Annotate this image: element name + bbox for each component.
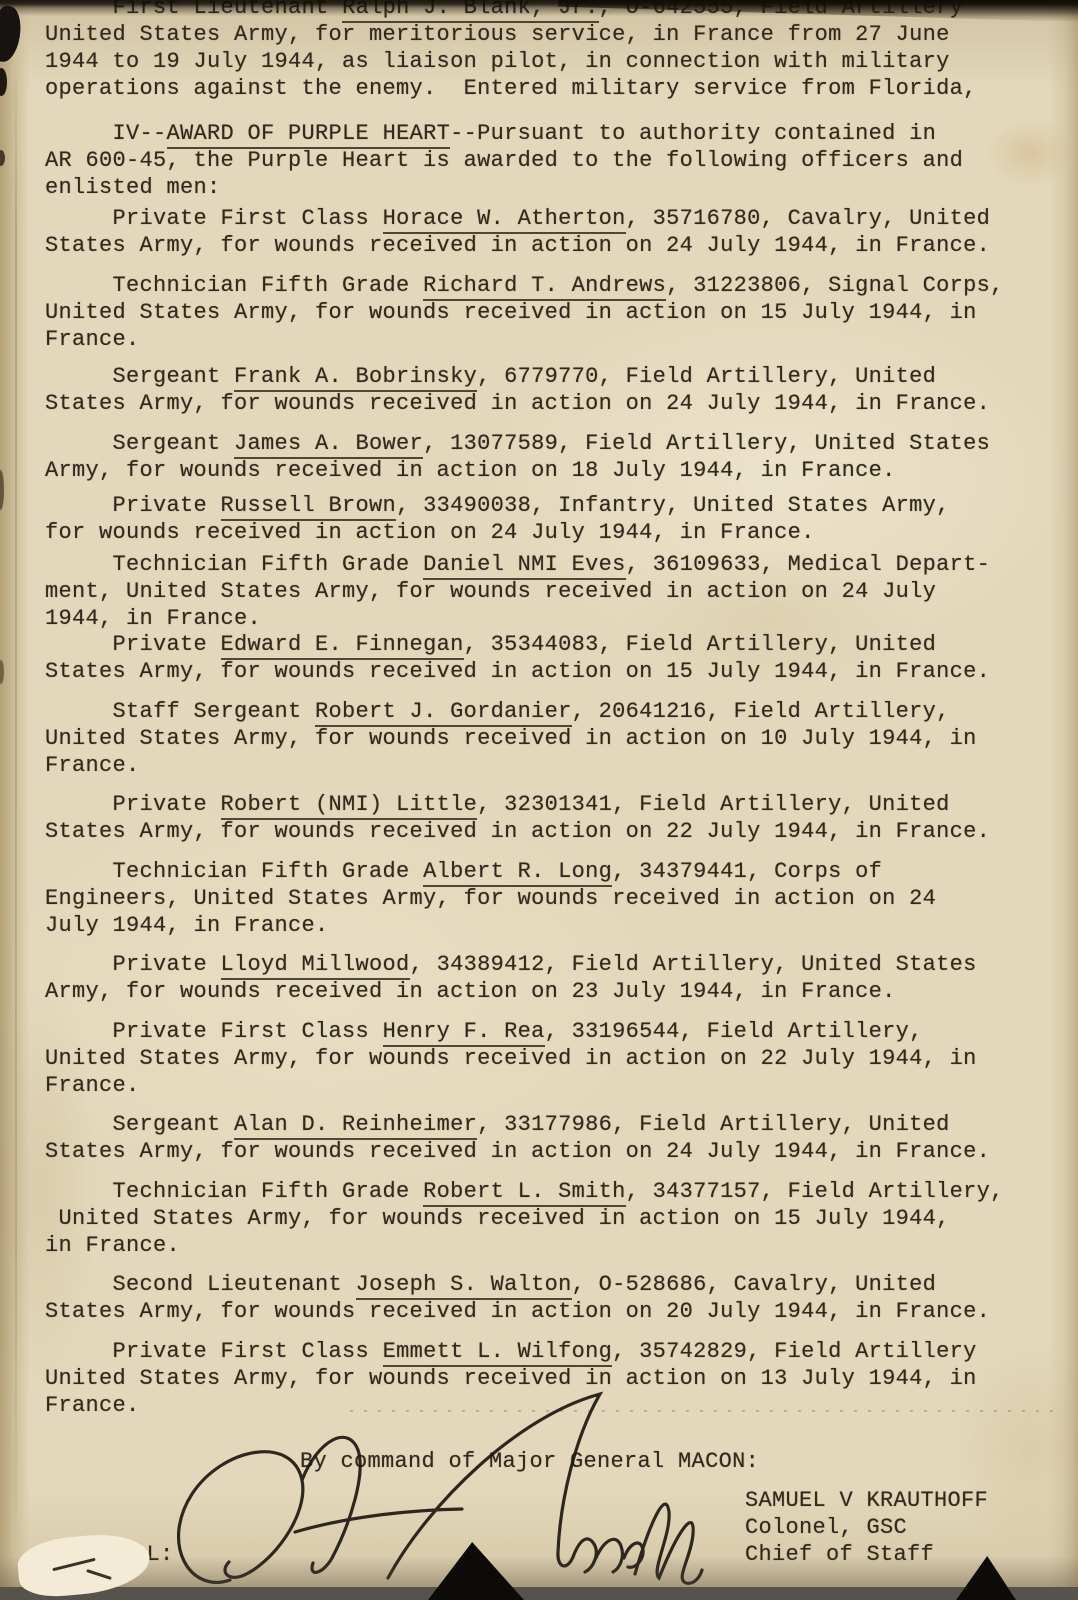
- typed-line: 1944, in France.: [45, 605, 990, 632]
- typed-line: France.: [45, 326, 1004, 353]
- paragraph: Private Edward E. Finnegan, 35344083, Fi…: [45, 631, 990, 685]
- scanned-document: { "colors":{"paper":"#e3d8bb","ink":"#32…: [0, 0, 1078, 1600]
- signer-name: SAMUEL V KRAUTHOFF: [745, 1487, 988, 1514]
- typed-line: Technician Fifth Grade Albert R. Long, 3…: [45, 858, 936, 885]
- paragraph: IV--AWARD OF PURPLE HEART--Pursuant to a…: [45, 120, 963, 201]
- typed-line: United States Army, for wounds received …: [45, 1205, 1004, 1232]
- underlined-name: Daniel NMI Eves: [423, 552, 626, 580]
- typed-line: Technician Fifth Grade Richard T. Andrew…: [45, 272, 1004, 299]
- paragraph: Private Robert (NMI) Little, 32301341, F…: [45, 791, 990, 845]
- typed-line: Private Robert (NMI) Little, 32301341, F…: [45, 791, 990, 818]
- underlined-name: Horace W. Atherton: [383, 206, 626, 234]
- typed-line: July 1944, in France.: [45, 912, 936, 939]
- paragraph: Sergeant James A. Bower, 13077589, Field…: [45, 430, 990, 484]
- underlined-name: Lloyd Millwood: [221, 952, 410, 980]
- typed-line: 1944 to 19 July 1944, as liaison pilot, …: [45, 48, 977, 75]
- underlined-name: Joseph S. Walton: [356, 1272, 572, 1300]
- signer-rank: Colonel, GSC: [745, 1514, 907, 1541]
- typed-line: Private First Class Horace W. Atherton, …: [45, 205, 990, 232]
- typed-line: States Army, for wounds received in acti…: [45, 390, 990, 417]
- scan-artifact-bottom-edge: [0, 1587, 1078, 1600]
- underlined-name: AWARD OF PURPLE HEART: [167, 121, 451, 149]
- underlined-name: Henry F. Rea: [383, 1019, 545, 1047]
- paragraph: Technician Fifth Grade Richard T. Andrew…: [45, 272, 1004, 353]
- typed-line: Sergeant Alan D. Reinheimer, 33177986, F…: [45, 1111, 990, 1138]
- paragraph: Staff Sergeant Robert J. Gordanier, 2064…: [45, 698, 977, 779]
- typed-line: enlisted men:: [45, 174, 963, 201]
- typed-line: United States Army, for wounds received …: [45, 299, 1004, 326]
- typed-line: States Army, for wounds received in acti…: [45, 1298, 990, 1325]
- typed-line: United States Army, for wounds received …: [45, 1045, 977, 1072]
- typed-line: Second Lieutenant Joseph S. Walton, O-52…: [45, 1271, 990, 1298]
- typed-line: Army, for wounds received in action on 1…: [45, 457, 990, 484]
- typed-line: operations against the enemy. Entered mi…: [45, 75, 977, 102]
- typed-line: Technician Fifth Grade Robert L. Smith, …: [45, 1178, 1004, 1205]
- typed-line: Private Russell Brown, 33490038, Infantr…: [45, 492, 950, 519]
- typed-line: States Army, for wounds received in acti…: [45, 818, 990, 845]
- typed-line: IV--AWARD OF PURPLE HEART--Pursuant to a…: [45, 120, 963, 147]
- typed-line: States Army, for wounds received in acti…: [45, 232, 990, 259]
- typed-line: Sergeant James A. Bower, 13077589, Field…: [45, 430, 990, 457]
- underlined-name: Albert R. Long: [423, 859, 612, 887]
- underlined-name: Robert J. Gordanier: [315, 699, 572, 727]
- paragraph: Private First Class Henry F. Rea, 331965…: [45, 1018, 977, 1099]
- typed-line: AR 600-45, the Purple Heart is awarded t…: [45, 147, 963, 174]
- typed-line: France.: [45, 752, 977, 779]
- typed-line: Technician Fifth Grade Daniel NMI Eves, …: [45, 551, 990, 578]
- underlined-name: James A. Bower: [234, 431, 423, 459]
- typed-line: United States Army, for meritorious serv…: [45, 21, 977, 48]
- typed-line: Private Lloyd Millwood, 34389412, Field …: [45, 951, 977, 978]
- typed-line: United States Army, for wounds received …: [45, 725, 977, 752]
- paragraph: Private Russell Brown, 33490038, Infantr…: [45, 492, 950, 546]
- scan-artifact-crease: [15, 60, 17, 1560]
- typed-line: Engineers, United States Army, for wound…: [45, 885, 936, 912]
- typed-line: Staff Sergeant Robert J. Gordanier, 2064…: [45, 698, 977, 725]
- underlined-name: Alan D. Reinheimer: [234, 1112, 477, 1140]
- paragraph: Technician Fifth Grade Daniel NMI Eves, …: [45, 551, 990, 632]
- typed-line: States Army, for wounds received in acti…: [45, 658, 990, 685]
- paragraph: Private Lloyd Millwood, 34389412, Field …: [45, 951, 977, 1005]
- typed-line: Sergeant Frank A. Bobrinsky, 6779770, Fi…: [45, 363, 990, 390]
- underlined-name: Robert L. Smith: [423, 1179, 626, 1207]
- underlined-name: Robert (NMI) Little: [221, 792, 478, 820]
- typed-line: ment, United States Army, for wounds rec…: [45, 578, 990, 605]
- paragraph: Private First Class Horace W. Atherton, …: [45, 205, 990, 259]
- typed-line: Private First Class Emmett L. Wilfong, 3…: [45, 1338, 977, 1365]
- underlined-name: Frank A. Bobrinsky: [234, 364, 477, 392]
- typed-line: Private Edward E. Finnegan, 35344083, Fi…: [45, 631, 990, 658]
- paragraph: Technician Fifth Grade Robert L. Smith, …: [45, 1178, 1004, 1259]
- paragraph: Sergeant Alan D. Reinheimer, 33177986, F…: [45, 1111, 990, 1165]
- paragraph: Technician Fifth Grade Albert R. Long, 3…: [45, 858, 936, 939]
- underlined-name: Edward E. Finnegan: [221, 632, 464, 660]
- typed-line: Army, for wounds received in action on 2…: [45, 978, 977, 1005]
- scan-artifact-bottom-shadow: [0, 1556, 1078, 1590]
- paragraph: Sergeant Frank A. Bobrinsky, 6779770, Fi…: [45, 363, 990, 417]
- typed-line: States Army, for wounds received in acti…: [45, 1138, 990, 1165]
- typed-line: for wounds received in action on 24 July…: [45, 519, 950, 546]
- typed-line: Private First Class Henry F. Rea, 331965…: [45, 1018, 977, 1045]
- typed-line: in France.: [45, 1232, 1004, 1259]
- underlined-name: Richard T. Andrews: [423, 273, 666, 301]
- underlined-name: Russell Brown: [221, 493, 397, 521]
- underlined-name: Emmett L. Wilfong: [383, 1339, 613, 1367]
- paragraph: Second Lieutenant Joseph S. Walton, O-52…: [45, 1271, 990, 1325]
- typed-line: France.: [45, 1072, 977, 1099]
